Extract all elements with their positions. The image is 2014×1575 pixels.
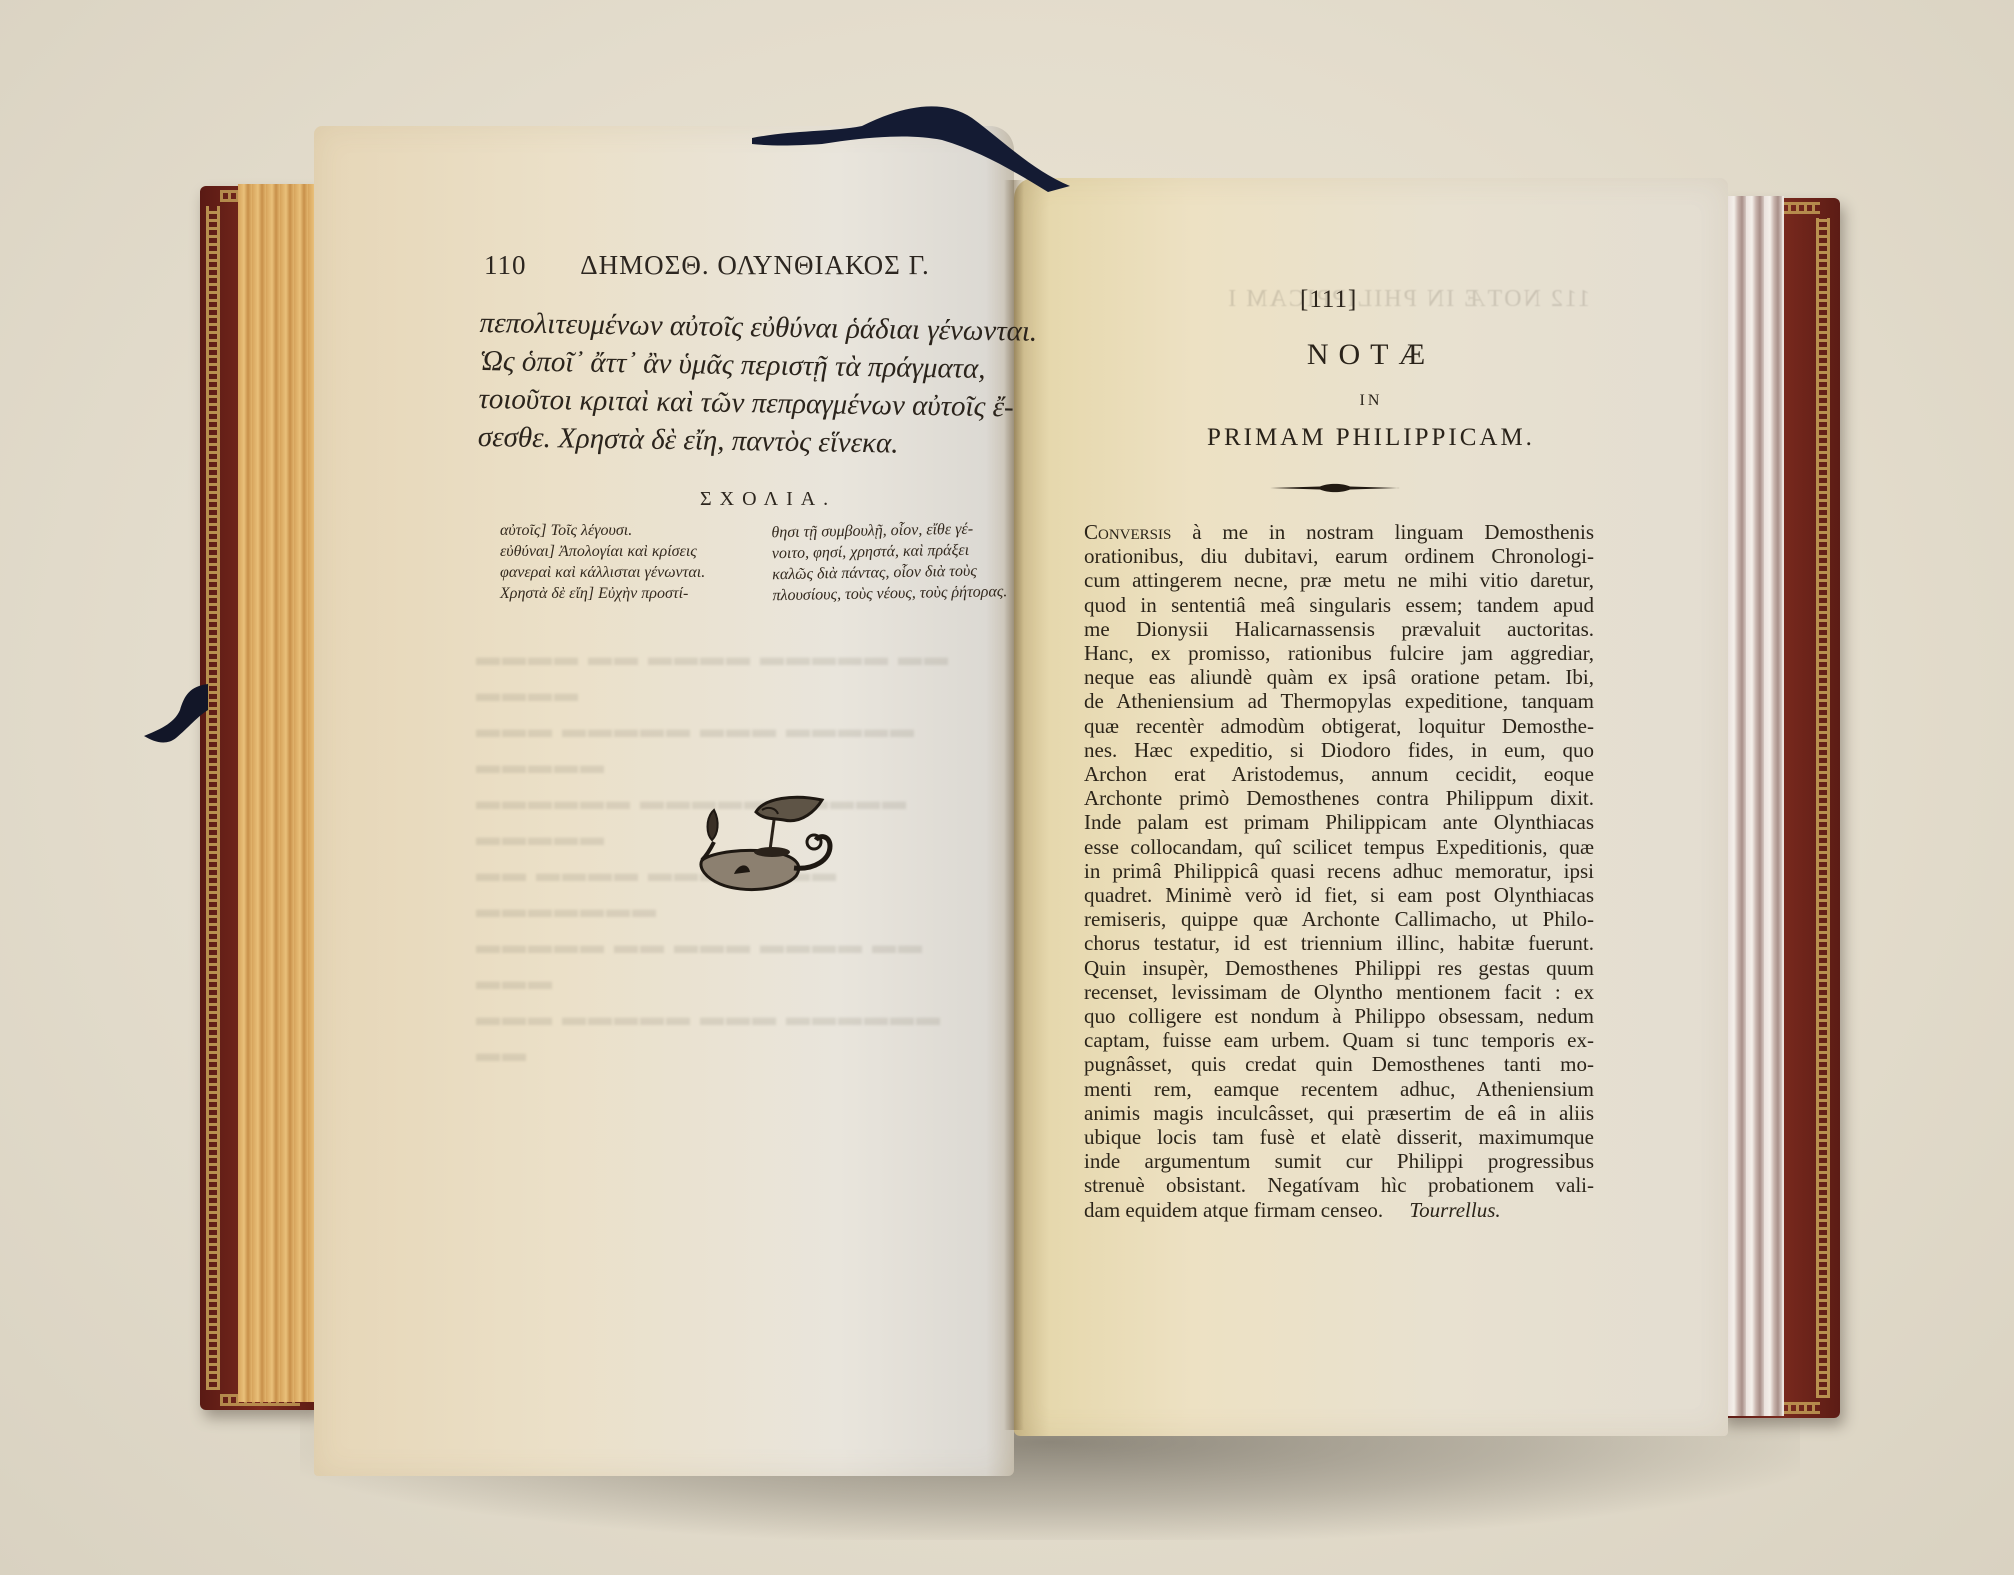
- oil-lamp-vignette-icon: [684, 790, 844, 902]
- text-line: chorus testatur, id est triennium illinc…: [1084, 931, 1594, 955]
- left-page-number: 110: [484, 250, 574, 281]
- text-line: orationibus, diu dubitavi, earum ordinem…: [1084, 544, 1594, 568]
- text-line: me Dionysii Halicarnassensis prævaluit a…: [1084, 617, 1594, 641]
- text-line: nes. Hæc expeditio, si Diodoro fides, in…: [1084, 738, 1594, 762]
- text-line: animis magis inculcâsset, qui præsertim …: [1084, 1101, 1594, 1125]
- ribbon-bookmark-icon: [752, 100, 1070, 196]
- text-line: quod in sententiâ meâ singularis essem; …: [1084, 593, 1594, 617]
- text-line: quæ recentèr admodùm obtigerat, loquitur…: [1084, 714, 1594, 738]
- text-line: neque eas aliundè quàm ex ipsâ oratione …: [1084, 665, 1594, 689]
- left-page-block-edges: [238, 184, 320, 1402]
- text-line: in primâ Philippicâ quasi recens adhuc m…: [1084, 859, 1594, 883]
- greek-main-text: πεπολιτευμένων αὐτοῖς εὐθύναι ῥάδιαι γέν…: [478, 304, 1020, 464]
- text-line: strenuè obsistant. Negatívam hìc probati…: [1084, 1173, 1594, 1197]
- show-through-running-head: 112 NOTÆ IN PHILIPPICAM I: [1170, 286, 1590, 313]
- text-line: à me in nostram linguam Demosthenis: [1171, 520, 1594, 544]
- decorative-rule-icon: [1270, 482, 1400, 494]
- scholia-line: Χρηστὰ δὲ εἴη] Εὐχὴν προστί-: [500, 583, 755, 604]
- scholia-line: φανεραὶ καὶ κάλλισται γένωνται.: [500, 562, 755, 583]
- text-line: remiseris, quippe quæ Archonte Callimach…: [1084, 907, 1594, 931]
- right-page-number: [111]: [1300, 286, 1357, 314]
- text-line: Quin insupèr, Demosthenes Philippi res g…: [1084, 956, 1594, 980]
- text-line: dam equidem atque firmam censeo.: [1084, 1198, 1383, 1222]
- notes-body-text: Conversis à me in nostram linguam Demost…: [1084, 520, 1594, 1222]
- scholia-line: αὐτοῖς] Τοῖς λέγουσι.: [500, 520, 755, 541]
- text-line: Hanc, ex promisso, rationibus fulcire ja…: [1084, 641, 1594, 665]
- scholia-line: εὐθύναι] Ἀπολογίαι καὶ κρίσεις: [500, 541, 755, 562]
- text-line: esse collocandam, quî scilicet tempus Ex…: [1084, 835, 1594, 859]
- text-line: Archonte primò Demosthenes contra Philip…: [1084, 786, 1594, 810]
- left-running-head: 110 ΔΗΜΟΣΘ. ΟΛΥΝΘΙΑΚΟΣ Γ.: [484, 250, 1024, 281]
- text-line: ubique locis tam fusè et elatè disserit,…: [1084, 1125, 1594, 1149]
- text-line: captam, fuisse eam urbem. Quam si tunc t…: [1084, 1028, 1594, 1052]
- text-line: pugnâsset, quis credat quin Demosthenes …: [1084, 1052, 1594, 1076]
- notes-subtitle: PRIMAM PHILIPPICAM.: [1014, 424, 1728, 452]
- scholia-right-column: θησι τῇ συμβουλῇ, οἷον, εἴθε γέ- νοιτο, …: [771, 518, 1027, 606]
- drop-first-word: Conversis: [1084, 520, 1171, 544]
- scholia-left-column: αὐτοῖς] Τοῖς λέγουσι. εὐθύναι] Ἀπολογίαι…: [500, 520, 755, 604]
- text-line: menti rem, eamque recentem adhuc, Atheni…: [1084, 1077, 1594, 1101]
- text-line: quo colligere est nondum à Philippo obse…: [1084, 1004, 1594, 1028]
- text-line: cum attingerem necne, præ metu ne mihi v…: [1084, 568, 1594, 592]
- text-line: Inde palam est primam Philippicam ante O…: [1084, 810, 1594, 834]
- left-running-title: ΔΗΜΟΣΘ. ΟΛΥΝΘΙΑΚΟΣ Γ.: [580, 250, 929, 280]
- notes-title-in: IN: [1014, 392, 1728, 410]
- author-signature: Tourrellus.: [1409, 1198, 1500, 1222]
- text-line: inde argumentum sumit cur Philippi progr…: [1084, 1149, 1594, 1173]
- text-line: Archon erat Aristodemus, annum cecidit, …: [1084, 762, 1594, 786]
- text-line: recenset, levissimam de Olyntho mentione…: [1084, 980, 1594, 1004]
- scholia-line: πλουσίους, τοὺς νέους, τοὺς ῥήτορας.: [772, 581, 1027, 606]
- gilt-greek-key-border: [1816, 218, 1830, 1398]
- ribbon-bookmark-tail-icon: [140, 676, 210, 750]
- text-line: de Atheniensium ad Thermopylas expeditio…: [1084, 689, 1594, 713]
- gilt-greek-key-border: [206, 206, 220, 1390]
- scholia-heading: ΣΧΟΛΙΑ.: [700, 488, 836, 511]
- notes-title: NOTÆ: [1014, 338, 1728, 372]
- text-line: quadret. Minimè verò id fiet, si eam pos…: [1084, 883, 1594, 907]
